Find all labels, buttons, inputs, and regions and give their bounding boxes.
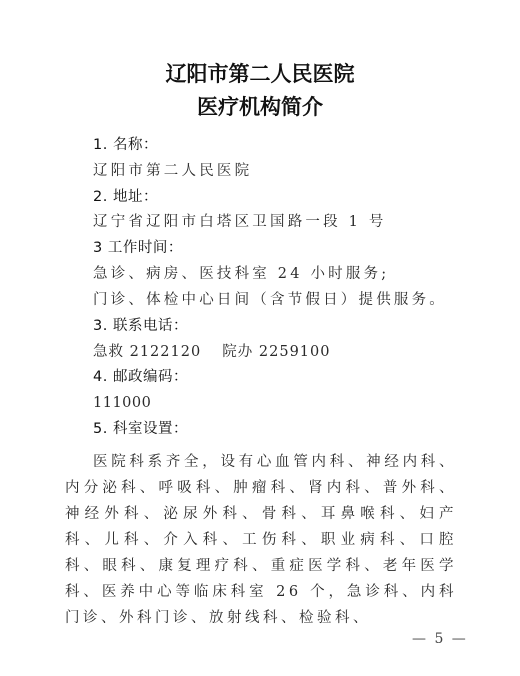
departments-paragraph: 医院科系齐全，设有心血管内科、神经内科、内分泌科、呼吸科、肿瘤科、肾内科、普外科… [65,449,457,631]
section-heading-departments: 5. 科室设置： [93,419,188,439]
section-heading-address: 2. 地址： [93,187,158,207]
section-heading-postcode: 4. 邮政编码： [93,367,188,387]
hours-line-1: 急诊、病房、医技科室 24 小时服务; [93,264,389,284]
hours-line-2: 门诊、体检中心日间（含节假日）提供服务。 [93,290,447,310]
section-heading-hours: 3 工作时间： [93,238,183,258]
page-number: — 5 — [412,631,468,647]
section-heading-phone: 3. 联系电话： [93,316,188,336]
section-heading-name: 1. 名称： [93,135,158,155]
hospital-name-value: 辽阳市第二人民医院 [93,161,252,181]
document-page: 辽阳市第二人民医院 医疗机构简介 1. 名称： 辽阳市第二人民医院 2. 地址：… [0,0,520,676]
postcode-value: 111000 [93,393,151,413]
document-subtitle: 医疗机构简介 [0,91,520,121]
document-title: 辽阳市第二人民医院 [0,58,520,88]
address-value: 辽宁省辽阳市白塔区卫国路一段 1 号 [93,212,387,232]
phone-value: 急救 2122120 院办 2259100 [93,342,330,362]
